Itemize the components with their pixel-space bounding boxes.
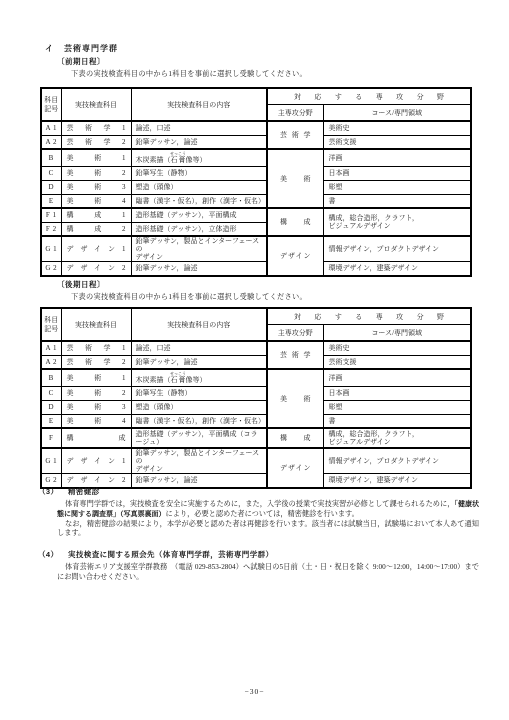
section-heading: （3） 精密健診 [38, 486, 479, 497]
cell-course: 情報デザイン，プロダクトデザイン [323, 448, 471, 474]
schedule-intro-kouki: 下表の実技検査科目の中から1科目を事前に選択し受験してください。 [71, 292, 307, 302]
page-title-text: 芸術専門学群 [64, 43, 118, 54]
cell-code: B [41, 369, 61, 386]
cell-code: D [41, 400, 61, 414]
col-header-content: 実技検査科目の内容 [131, 88, 267, 121]
cell-course: 環境デザイン，建築デザイン [323, 262, 471, 276]
table-row-A1: A 1芸術学1論述，口述芸術学美術史 [41, 121, 471, 135]
cell-subject: 美術4 [61, 194, 131, 208]
cell-course: 日本画 [323, 166, 471, 180]
cell-code: F [41, 428, 61, 448]
cell-subject: デザイン1 [61, 236, 131, 262]
cell-course: 洋画 [323, 369, 471, 386]
cell-content: 臨書（漢字・仮名），創作（漢字・仮名） [131, 414, 267, 428]
col-header-mapping: 対応する専攻分野 [267, 88, 471, 105]
cell-subject: 芸術学1 [61, 121, 131, 135]
cell-code: G 2 [41, 262, 61, 276]
section-paragraph: 体育専門学群では，実技検査を安全に実施するために，また，入学後の授業で実技実習が… [57, 500, 479, 520]
cell-content: 鉛筆デッサン，論述 [131, 262, 267, 276]
table-row-F: F構成造形基礎（デッサン），平面構成（コラージュ）構成構成，総合造形，クラフト，… [41, 428, 471, 448]
cell-content: 鉛筆デッサン，論述 [131, 135, 267, 149]
cell-course: 情報デザイン，プロダクトデザイン [323, 236, 471, 262]
cell-major: 美術 [267, 369, 323, 428]
cell-subject: 美術2 [61, 166, 131, 180]
cell-content: 論述，口述 [131, 341, 267, 355]
col-header-course: コース/専門領域 [323, 105, 471, 122]
cell-major: デザイン [267, 236, 323, 276]
cell-course: 芸術支援 [323, 355, 471, 369]
cell-code: C [41, 386, 61, 400]
cell-subject: 美術1 [61, 149, 131, 166]
cell-code: E [41, 414, 61, 428]
cell-content: 造形基礎（デッサン），平面構成 [131, 208, 267, 222]
section-kicker: イ [45, 43, 54, 54]
section-number: （4） [38, 549, 68, 560]
cell-code: F 1 [41, 208, 61, 222]
cell-code: C [41, 166, 61, 180]
cell-content: 木炭素描（石膏せっこう像等） [131, 149, 267, 166]
table-row-E: E美術4臨書（漢字・仮名），創作（漢字・仮名）書 [41, 414, 471, 428]
table-row-D: D美術3塑造（頭像）彫塑 [41, 180, 471, 194]
section-body: 体育専門学群では，実技検査を安全に実施するために，また，入学後の授業で実技実習が… [57, 500, 479, 539]
table-row-E: E美術4臨書（漢字・仮名），創作（漢字・仮名）書 [41, 194, 471, 208]
col-header-course: コース/専門領域 [323, 325, 471, 342]
page-title: イ 芸術専門学群 [45, 43, 118, 54]
cell-subject: 構成1 [61, 208, 131, 222]
cell-subject: 構成 [61, 428, 131, 448]
cell-subject: 美術3 [61, 180, 131, 194]
table-row-F1: F 1構成1造形基礎（デッサン），平面構成構成構成，総合造形，クラフト， ビジュ… [41, 208, 471, 222]
cell-subject: 美術1 [61, 369, 131, 386]
section-paragraph: 体育芸術エリア支援室学群教務 （電話 029-853-2804）へ試験日の5日前… [57, 563, 479, 583]
cell-subject: 芸術学2 [61, 355, 131, 369]
cell-subject: デザイン1 [61, 448, 131, 474]
cell-content: 塑造（頭像） [131, 180, 267, 194]
cell-code: A 2 [41, 135, 61, 149]
cell-content: 木炭素描（石膏せっこう像等） [131, 369, 267, 386]
table-row-C: C美術2鉛筆写生（静物）日本画 [41, 386, 471, 400]
cell-code: F 2 [41, 222, 61, 236]
cell-major: 美術 [267, 149, 323, 208]
table-row-A2: A 2芸術学2鉛筆デッサン，論述芸術支援 [41, 135, 471, 149]
table-header-row: 科目 記号実技検査科目実技検査科目の内容対応する専攻分野 [41, 308, 471, 325]
cell-course: 芸術支援 [323, 135, 471, 149]
cell-content: 鉛筆デッサン，製品とインターフェースの デザイン [131, 448, 267, 474]
table-row-G1: G 1デザイン1鉛筆デッサン，製品とインターフェースの デザインデザイン情報デザ… [41, 448, 471, 474]
col-header-subject: 実技検査科目 [61, 88, 131, 121]
cell-subject: 芸術学2 [61, 135, 131, 149]
table-header-row: 科目 記号実技検査科目実技検査科目の内容対応する専攻分野 [41, 88, 471, 105]
cell-major: 構成 [267, 428, 323, 448]
cell-content: 鉛筆デッサン，論述 [131, 355, 267, 369]
cell-course: 洋画 [323, 149, 471, 166]
cell-major: 構成 [267, 208, 323, 236]
cell-subject: 芸術学1 [61, 341, 131, 355]
col-header-mapping: 対応する専攻分野 [267, 308, 471, 325]
cell-major: 芸術学 [267, 341, 323, 369]
cell-course: 書 [323, 194, 471, 208]
bold-run: 「健康状態に関する調査票」（写真票裏面） [57, 501, 479, 518]
schedule-heading-kouki: 〔後期日程〕 [57, 279, 105, 290]
cell-course: 彫塑 [323, 400, 471, 414]
ruby-sekkou: 石膏せっこう [171, 156, 186, 164]
cell-content: 塑造（頭像） [131, 400, 267, 414]
col-header-major: 主専攻分野 [267, 325, 323, 342]
cell-code: B [41, 149, 61, 166]
cell-code: E [41, 194, 61, 208]
cell-code: G 1 [41, 448, 61, 474]
cell-course: 構成，総合造形，クラフト， ビジュアルデザイン [323, 208, 471, 236]
table-row-G2: G 2デザイン2鉛筆デッサン，論述環境デザイン，建築デザイン [41, 262, 471, 276]
cell-content: 鉛筆写生（静物） [131, 166, 267, 180]
cell-subject: 美術2 [61, 386, 131, 400]
cell-course: 書 [323, 414, 471, 428]
cell-code: D [41, 180, 61, 194]
cell-code: A 1 [41, 121, 61, 135]
cell-course: 美術史 [323, 341, 471, 355]
section-title: 実技検査に関する照会先（体育専門学群，芸術専門学群） [68, 549, 273, 560]
cell-major: 芸術学 [267, 121, 323, 149]
col-header-code: 科目 記号 [41, 308, 61, 341]
schedule-intro-zenki: 下表の実技検査科目の中から1科目を事前に選択し受験してください。 [71, 69, 307, 79]
section-number: （3） [38, 486, 68, 497]
col-header-subject: 実技検査科目 [61, 308, 131, 341]
cell-major: デザイン [267, 448, 323, 488]
cell-content: 鉛筆写生（静物） [131, 386, 267, 400]
cell-code: A 1 [41, 341, 61, 355]
section-title: 精密健診 [68, 486, 100, 497]
cell-content: 造形基礎（デッサン），平面構成（コラージュ） [131, 428, 267, 448]
table-row-A2: A 2芸術学2鉛筆デッサン，論述芸術支援 [41, 355, 471, 369]
cell-content: 臨書（漢字・仮名），創作（漢字・仮名） [131, 194, 267, 208]
cell-subject: デザイン2 [61, 262, 131, 276]
cell-course: 構成，総合造形，クラフト， ビジュアルデザイン [323, 428, 471, 448]
cell-course: 美術史 [323, 121, 471, 135]
section-heading: （4） 実技検査に関する照会先（体育専門学群，芸術専門学群） [38, 549, 479, 560]
table-row-D: D美術3塑造（頭像）彫塑 [41, 400, 471, 414]
cell-content: 論述，口述 [131, 121, 267, 135]
cell-subject: 美術3 [61, 400, 131, 414]
schedule-heading-zenki: 〔前期日程〕 [57, 56, 105, 67]
section-inquiry-contact: （4） 実技検査に関する照会先（体育専門学群，芸術専門学群） 体育芸術エリア支援… [38, 549, 479, 583]
table-row-A1: A 1芸術学1論述，口述芸術学美術史 [41, 341, 471, 355]
section-health-checkup: （3） 精密健診 体育専門学群では，実技検査を安全に実施するために，また，入学後… [38, 486, 479, 539]
section-body: 体育芸術エリア支援室学群教務 （電話 029-853-2804）へ試験日の5日前… [57, 563, 479, 583]
cell-code: A 2 [41, 355, 61, 369]
cell-course: 彫塑 [323, 180, 471, 194]
cell-course: 日本画 [323, 386, 471, 400]
cell-code: G 1 [41, 236, 61, 262]
ruby-sekkou: 石膏せっこう [171, 376, 186, 384]
exam-table-kouki: 科目 記号実技検査科目実技検査科目の内容対応する専攻分野主専攻分野コース/専門領… [40, 307, 472, 489]
cell-subject: 美術4 [61, 414, 131, 428]
col-header-major: 主専攻分野 [267, 105, 323, 122]
col-header-code: 科目 記号 [41, 88, 61, 121]
cell-subject: 構成2 [61, 222, 131, 236]
exam-table-zenki: 科目 記号実技検査科目実技検査科目の内容対応する専攻分野主専攻分野コース/専門領… [40, 87, 472, 277]
section-paragraph: なお，精密健診の結果により，本学が必要と認めた者は再健診を行います。該当者には試… [57, 520, 479, 540]
table-row-B: B美術1木炭素描（石膏せっこう像等）美術洋画 [41, 149, 471, 166]
cell-content: 造形基礎（デッサン），立体造形 [131, 222, 267, 236]
table-row-B: B美術1木炭素描（石膏せっこう像等）美術洋画 [41, 369, 471, 386]
table-row-G1: G 1デザイン1鉛筆デッサン，製品とインターフェースの デザインデザイン情報デザ… [41, 236, 471, 262]
table-row-C: C美術2鉛筆写生（静物）日本画 [41, 166, 471, 180]
col-header-content: 実技検査科目の内容 [131, 308, 267, 341]
page-number: −30− [0, 687, 509, 696]
cell-content: 鉛筆デッサン，製品とインターフェースの デザイン [131, 236, 267, 262]
document-page: イ 芸術専門学群 〔前期日程〕 下表の実技検査科目の中から1科目を事前に選択し受… [0, 0, 509, 720]
